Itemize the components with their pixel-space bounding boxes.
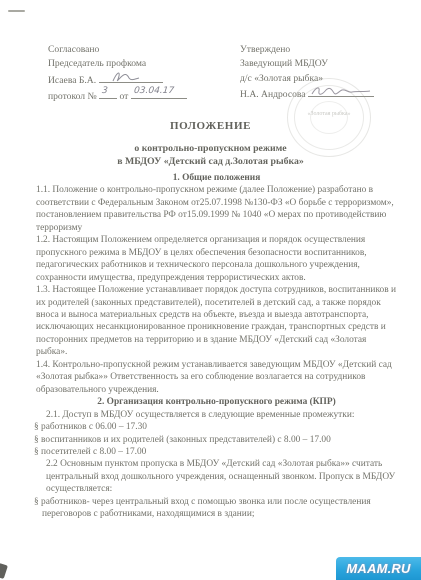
- chair-signature-line: [99, 72, 163, 83]
- protocol-from-label: от: [119, 91, 128, 102]
- protocol-line: протокол № 3 от 03.04.17: [48, 88, 240, 104]
- document-title: ПОЛОЖЕНИЕ: [0, 120, 421, 132]
- section-1-heading: 1. Общие положения: [36, 172, 397, 184]
- paragraph-1-2: 1.2. Настоящим Положением определяется о…: [36, 234, 397, 284]
- title-block: ПОЛОЖЕНИЕ о контрольно-пропускном режиме…: [0, 120, 421, 168]
- chair-signature-icon: [99, 70, 163, 84]
- paragraph-2-2: 2.2 Основным пунктом пропуска в МБДОУ «Д…: [46, 458, 397, 495]
- document-subtitle: о контрольно-пропускном режиме в МБДОУ «…: [0, 142, 421, 168]
- maam-ru-watermark-label: МААМ.RU: [346, 561, 410, 576]
- section-2-heading: 2. Организация контрольно-пропускного ре…: [36, 396, 397, 408]
- protocol-label: протокол №: [48, 91, 97, 102]
- maam-ru-watermark: МААМ.RU: [336, 557, 421, 580]
- access-time-workers: § работников с 06.00 – 17.30: [34, 421, 397, 433]
- paragraph-1-4: 1.4. Контрольно-пропускной режим устанав…: [36, 359, 397, 396]
- entry-rule-workers: § работников- через центральный вход с п…: [34, 496, 397, 521]
- chair-name: Исаева Б.А.: [48, 75, 96, 86]
- document-body: 1. Общие положения 1.1. Положение о конт…: [36, 172, 397, 521]
- protocol-date-line: 03.04.17: [131, 88, 187, 99]
- protocol-date-handwritten: 03.04.17: [133, 84, 175, 98]
- seal-text: «Золотая рыбка»: [288, 111, 370, 118]
- paragraph-2-1: 2.1. Доступ в МБДОУ осуществляется в сле…: [46, 409, 397, 421]
- scan-artifact-smudge: [0, 563, 8, 579]
- protocol-number-line: 3: [99, 88, 117, 99]
- scan-artifact-dash: [8, 10, 25, 12]
- paragraph-1-1: 1.1. Положение о контрольно-пропускном р…: [36, 184, 397, 234]
- access-time-children-parents: § воспитанников и их родителей (законных…: [34, 434, 397, 446]
- subtitle-line-1: о контрольно-пропускном режиме: [0, 142, 421, 155]
- paragraph-1-3: 1.3. Настоящее Положение устанавливает п…: [36, 284, 397, 359]
- protocol-number-handwritten: 3: [101, 84, 108, 98]
- approved-label: Утверждено: [240, 43, 407, 57]
- agreed-label: Согласовано: [48, 43, 240, 57]
- subtitle-line-2: в МБДОУ «Детский сад д.Золотая рыбка»: [0, 155, 421, 168]
- agreed-column: Согласовано Председатель профкома Исаева…: [48, 43, 240, 105]
- scanned-document-page: Согласовано Председатель профкома Исаева…: [0, 0, 421, 580]
- access-time-visitors: § посетителей с 8.00 – 17.00: [34, 446, 397, 458]
- head-title-label: Заведующий МБДОУ: [240, 57, 407, 71]
